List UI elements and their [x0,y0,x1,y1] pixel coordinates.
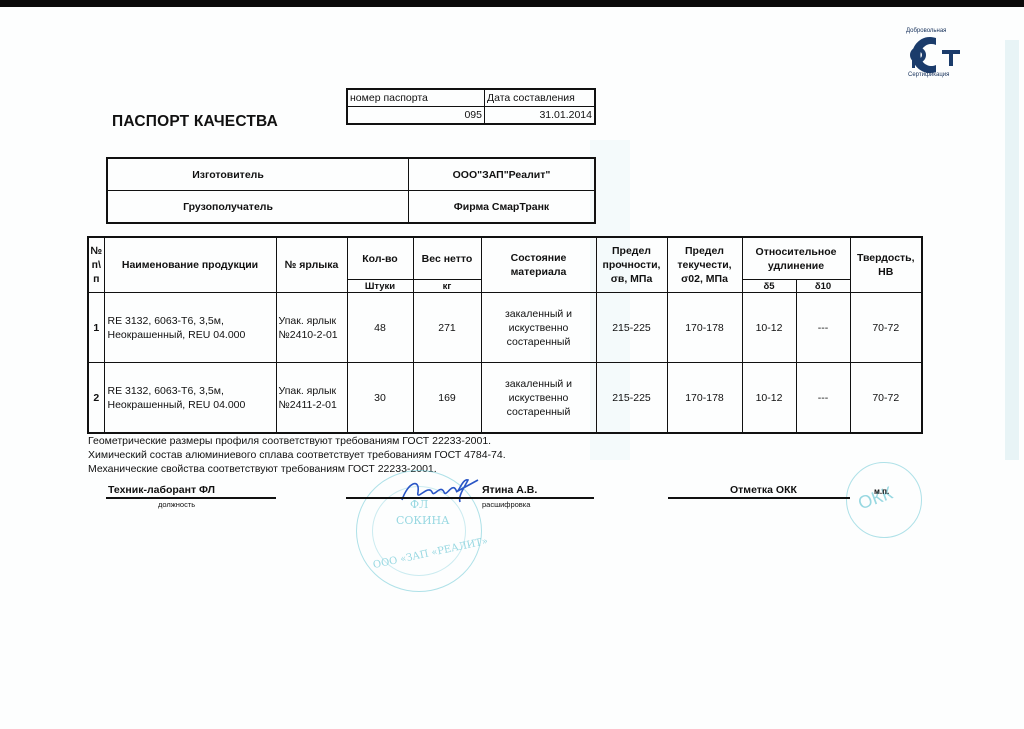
position-caption: должность [158,500,195,509]
parties-table: Изготовитель ООО"ЗАП"Реалит" Грузополуча… [106,157,596,224]
passport-date-label: Дата составления [485,89,596,107]
header-label-no: № ярлыка [276,237,347,293]
hardness: 70-72 [850,363,922,434]
state-line: состаренный [507,336,571,348]
tensile: 215-225 [596,363,667,434]
state-line: состаренный [507,406,571,418]
yield: 170-178 [667,363,742,434]
product-name: RE 3132, 6063-T6, 3,5м,Неокрашенный, REU… [104,293,276,363]
header-weight-unit: кг [413,280,481,293]
product-name-line: Неокрашенный, REU 04.000 [108,329,246,341]
label-no: Упак. ярлык№2411-2-01 [276,363,347,434]
products-table: № п\ п Наименование продукции № ярлыка К… [87,236,923,434]
signer-name: Ятина А.В. [482,484,537,496]
weight: 271 [413,293,481,363]
scan-top-border [0,0,1024,7]
seal-label: м.п. [874,487,889,496]
header-qty: Кол-во [347,237,413,280]
label-line: №2411-2-01 [279,399,337,411]
consignee-value: Фирма СмарТранк [409,191,596,224]
header-tensile: Предел прочности, σв, МПа [596,237,667,293]
okk-line [668,497,850,499]
passport-date: 31.01.2014 [485,107,596,125]
header-yield: Предел текучести, σ02, МПа [667,237,742,293]
certification-logo: Добровольная Сертификация [900,28,972,84]
hardness: 70-72 [850,293,922,363]
d10: --- [796,293,850,363]
manufacturer-value: ООО"ЗАП"Реалит" [409,158,596,191]
position-line [106,497,276,499]
product-name-line: RE 3132, 6063-T6, 3,5м, [108,385,224,397]
d10: --- [796,363,850,434]
rst-mark-icon [906,36,966,74]
compliance-notes: Геометрические размеры профиля соответст… [88,434,506,476]
row-no: 1 [88,293,104,363]
state: закаленный иискуственносостаренный [481,293,596,363]
header-name: Наименование продукции [104,237,276,293]
label-line: Упак. ярлык [279,385,337,397]
okk-label: Отметка ОКК [730,484,797,496]
product-name-line: Неокрашенный, REU 04.000 [108,399,246,411]
d5: 10-12 [742,293,796,363]
signature-line [346,497,594,499]
logo-bottom-text: Сертификация [908,72,949,78]
label-line: Упак. ярлык [279,315,337,327]
header-d5: δ5 [742,280,796,293]
header-elongation: Относительное удлинение [742,237,850,280]
header-weight: Вес нетто [413,237,481,280]
state-line: закаленный и [505,378,572,390]
weight: 169 [413,363,481,434]
qty: 48 [347,293,413,363]
state-line: искуственно [509,322,569,334]
manufacturer-label: Изготовитель [107,158,409,191]
qty: 30 [347,363,413,434]
header-d10: δ10 [796,280,850,293]
consignee-label: Грузополучатель [107,191,409,224]
passport-number-label: номер паспорта [347,89,485,107]
stamp-text: СОКИНА [396,514,449,527]
state: закаленный иискуственносостаренный [481,363,596,434]
d5: 10-12 [742,363,796,434]
state-line: искуственно [509,392,569,404]
document-title: ПАСПОРТ КАЧЕСТВА [112,113,278,131]
product-name-line: RE 3132, 6063-T6, 3,5м, [108,315,224,327]
passport-number: 095 [347,107,485,125]
name-caption: расшифровка [482,500,530,509]
table-row: 2 RE 3132, 6063-T6, 3,5м,Неокрашенный, R… [88,363,922,434]
label-no: Упак. ярлык№2410-2-01 [276,293,347,363]
signer-position: Техник-лаборант ФЛ [108,484,215,496]
table-row: 1 RE 3132, 6063-T6, 3,5м,Неокрашенный, R… [88,293,922,363]
header-no: № п\ п [88,237,104,293]
passport-info-table: номер паспорта Дата составления 095 31.0… [346,88,596,125]
note-line: Геометрические размеры профиля соответст… [88,434,506,448]
yield: 170-178 [667,293,742,363]
row-no: 2 [88,363,104,434]
header-state: Состояние материала [481,237,596,293]
logo-top-text: Добровольная [906,28,946,34]
tensile: 215-225 [596,293,667,363]
note-line: Химический состав алюминиевого сплава со… [88,448,506,462]
scan-artifact [1005,40,1019,460]
header-qty-unit: Штуки [347,280,413,293]
label-line: №2410-2-01 [279,329,338,341]
product-name: RE 3132, 6063-T6, 3,5м,Неокрашенный, REU… [104,363,276,434]
handwritten-signature-icon [398,474,482,506]
state-line: закаленный и [505,308,572,320]
header-hardness: Твердость, НВ [850,237,922,293]
